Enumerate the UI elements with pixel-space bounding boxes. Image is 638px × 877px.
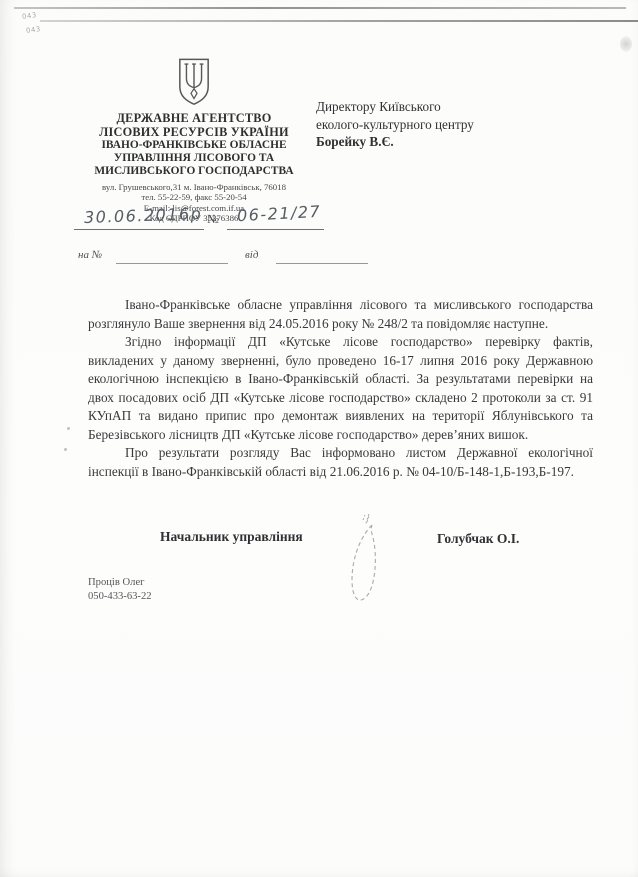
addressee-block: Директору Київського еколого-культурного… [316, 98, 551, 151]
addressee-line2: еколого-культурного центру [316, 116, 551, 134]
reply-number-underline [116, 263, 228, 264]
reply-date-underline [276, 263, 368, 264]
scan-artifact-line-second [40, 20, 638, 22]
signatory-name: Голубчак О.І. [437, 531, 519, 547]
org-phone: тел. 55-22-59, факс 55-20-54 [58, 192, 330, 203]
org-address: вул. Грушевського,31 м. Івано-Франківськ… [58, 182, 330, 193]
tryzub-emblem-icon [177, 58, 211, 106]
pencil-mark: 043 [26, 25, 42, 35]
executor-name: Проців Олег [88, 576, 152, 590]
reply-from-label: від [245, 249, 258, 261]
org-name-line5: МИСЛИВСЬКОГО ГОСПОДАРСТВА [58, 165, 330, 178]
reply-to-number-label: на № [78, 249, 102, 261]
scanned-letter-page: 043 043 ДЕРЖАВНЕ АГЕНТСТВО ЛІСОВИХ РЕСУР… [0, 0, 638, 877]
executor-phone: 050-433-63-22 [88, 590, 152, 604]
org-name-line2: ЛІСОВИХ РЕСУРСІВ УКРАЇНИ [58, 125, 330, 139]
org-name-line4: УПРАВЛІННЯ ЛІСОВОГО ТА [58, 152, 330, 165]
scan-dot [64, 448, 67, 451]
scan-smudge [620, 36, 632, 52]
scan-dot [67, 427, 70, 430]
letterhead-block: ДЕРЖАВНЕ АГЕНТСТВО ЛІСОВИХ РЕСУРСІВ УКРА… [58, 58, 330, 224]
number-sign: № [207, 212, 219, 227]
scan-artifact-line-top [14, 7, 626, 9]
executor-block: Проців Олег 050-433-63-22 [88, 576, 152, 603]
body-paragraph-3: Про результати розгляду Вас інформовано … [88, 444, 593, 481]
org-name-line3: ІВАНО-ФРАНКІВСЬКЕ ОБЛАСНЕ [58, 139, 330, 152]
body-paragraph-1: Івано-Франківське обласне управління ліс… [88, 296, 593, 333]
handwritten-signature-stroke [336, 508, 400, 618]
date-underline [74, 229, 204, 230]
letter-body: Івано-Франківське обласне управління ліс… [88, 296, 593, 481]
body-paragraph-2: Згідно інформації ДП «Кутське лісове гос… [88, 333, 593, 444]
addressee-line1: Директору Київського [316, 98, 551, 116]
addressee-name: Борейку В.Є. [316, 133, 551, 151]
org-name-line1: ДЕРЖАВНЕ АГЕНТСТВО [58, 111, 330, 125]
pencil-mark: 043 [22, 11, 38, 21]
signatory-position: Начальник управління [160, 529, 303, 545]
number-underline [227, 229, 324, 230]
